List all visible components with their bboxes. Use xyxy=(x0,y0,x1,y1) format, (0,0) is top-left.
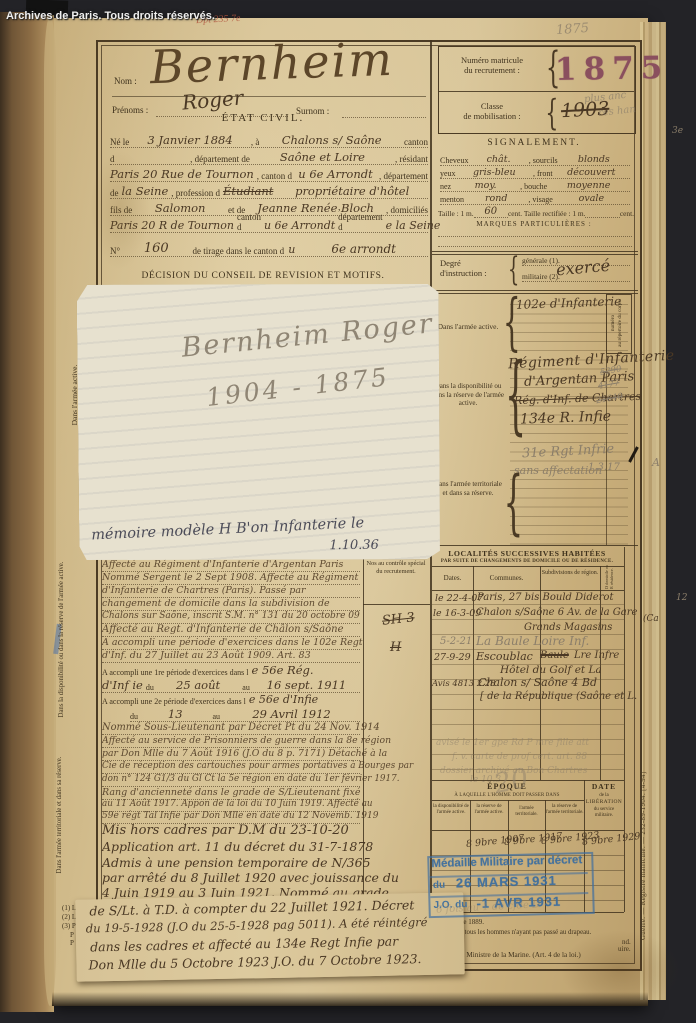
rule xyxy=(363,604,430,605)
localites-r4-commune-2: Hôtel du Golf et La xyxy=(500,664,602,676)
side-label-disponibilite: Dans la disponibilité ou dans la réserve… xyxy=(57,557,66,722)
bouche-label: , bouche xyxy=(520,182,547,191)
service-line: don n° 124 G1/3 du Gl Ct la 5e région en… xyxy=(102,774,360,787)
stamp-date-1: 26 MARS 1931 xyxy=(456,873,557,891)
slip-line: Don Mlle du 5 Octobre 1923 J.O. du 7 Oct… xyxy=(88,951,421,972)
page-bottom-shadow xyxy=(52,992,648,1006)
paper-stain xyxy=(90,150,150,270)
armee-active-label: Dans l'armée active. xyxy=(434,322,502,331)
dispo-entry-6-date: 1.3.17 xyxy=(588,462,620,473)
localites-r4-after: Lre Infre xyxy=(574,650,619,661)
localites-col-dr: D domicile ouR résidence. xyxy=(604,549,614,589)
nom-label: Nom : xyxy=(114,76,137,86)
rule xyxy=(432,566,624,567)
numero-matricule-label: Numéro matriculedu recrutement : xyxy=(441,55,543,75)
epoque-col-1: la disponibilité de l'armée active. xyxy=(432,804,470,817)
ec-text: Né le xyxy=(110,137,129,147)
visage-label: , visage xyxy=(528,195,552,204)
parents-departement: e la Seine xyxy=(386,219,441,232)
service-line-large: Application art. 11 du décret du 31-7-18… xyxy=(102,839,360,854)
decision-title: DÉCISION DU CONSEIL DE REVISION ET MOTIF… xyxy=(96,271,430,281)
ec-text: , résidant xyxy=(395,154,428,164)
footnote-3: (3) P xyxy=(62,922,76,930)
yeux-label: yeux xyxy=(440,169,456,178)
profession-struck: Étudiant xyxy=(223,184,273,198)
localites-r4-commune: Escoublac xyxy=(476,650,533,663)
ec-text: , profession d xyxy=(171,188,220,198)
taille-value: 60 xyxy=(474,206,508,218)
brace-glyph: { xyxy=(545,92,558,134)
periode-1-printed: A accompli une 1re période d'exercices d… xyxy=(102,668,249,677)
periode-2-row-2: du 13 au 29 Avril 1912 xyxy=(130,707,360,722)
localites-r3-date: 5-2-21 xyxy=(440,636,472,647)
degre-label: Degréd'instruction : xyxy=(440,258,487,278)
localites-r2-overflow: (Ca xyxy=(643,614,659,624)
etat-civil-title: ÉTAT CIVIL. xyxy=(96,112,430,124)
signalement-title: SIGNALEMENT. xyxy=(430,138,638,148)
residence-canton: u 6e Arrondt xyxy=(295,167,376,181)
du-label: du xyxy=(130,712,138,721)
rule xyxy=(112,96,426,97)
parents-canton: u 6e Arrondt xyxy=(264,219,335,232)
service-line: Affecté au Regt. d'Infanterie de Châlon … xyxy=(102,624,360,637)
ec-text: , canton d xyxy=(257,171,292,181)
ec-text: canton xyxy=(404,137,428,147)
localites-pencil-1: avisé le 1er gpe Rd P mre fille att xyxy=(436,738,589,748)
footnote-3b: P xyxy=(70,931,74,939)
note-bottom-line: mémoire modèle H B'on Infanterie le xyxy=(91,515,365,543)
localites-r3-commune: La Baule Loire Inf. xyxy=(476,634,589,648)
dispo-entry-4: 134e R. Infie xyxy=(520,408,612,427)
sourcils-label: , sourcils xyxy=(529,156,558,165)
ec-line-3: Paris 20 Rue de Tournon , canton d u 6e … xyxy=(110,164,428,182)
localites-r4-struck: Baule xyxy=(540,650,569,661)
profession: propriétaire d'hôtel xyxy=(276,184,428,198)
sourcils-value: blonds xyxy=(558,154,630,165)
rule xyxy=(438,228,632,237)
menton-label: menton xyxy=(440,195,464,204)
rule xyxy=(432,290,638,291)
periode-2-regiment: e 56e d'Infie xyxy=(249,693,318,706)
rule xyxy=(363,556,364,906)
yeux-value: gris-bleu xyxy=(456,167,533,178)
taille-label: Taille : 1 m. xyxy=(438,209,474,218)
ec-line-2: d , département de Saône et Loire , rési… xyxy=(110,147,428,165)
periode-1-to: 16 sept. 1911 xyxy=(253,678,360,692)
archives-watermark: Archives de Paris. Tous droits réservés. xyxy=(6,10,215,22)
periode-1-from: 25 août xyxy=(157,678,239,692)
service-line: d'Inf. du 27 Juillet au 23 Août 1909. Ar… xyxy=(102,650,360,663)
epoque-date-header: DATE de la LIBÉRATION du service militai… xyxy=(584,784,624,820)
taille-row: Taille : 1 m. 60 cent. Taille rectifiée … xyxy=(438,205,634,218)
stamp-du-label: du xyxy=(433,880,446,891)
matricule-number: 1875 xyxy=(555,50,670,88)
blank-field xyxy=(585,217,619,218)
menton-value: rond xyxy=(464,193,528,204)
footnote-1: (1) L xyxy=(62,904,76,912)
rule xyxy=(438,238,632,247)
service-line-large: par arrêté du 8 Juillet 1920 avec jouiss… xyxy=(102,870,360,885)
bouche-value: moyenne xyxy=(547,180,630,191)
taille-rectifiee-label: cent. Taille rectifiée : 1 m. xyxy=(508,209,586,218)
slip-line: du 19-5-1928 (J.O du 25-5-1928 pag 5011)… xyxy=(86,915,428,936)
epoque-col-4: la réserve de l'armée territoriale. xyxy=(545,804,584,817)
edge-pencil-number: 3e xyxy=(672,126,683,136)
service-line: changement de domicile dans la subdivisi… xyxy=(102,598,360,611)
localites-col-communes: Communes. xyxy=(473,574,540,582)
footnote-3c: P xyxy=(70,939,74,947)
ec-line-1: Né le 3 Janvier 1884 , à Chalons s/ Saôn… xyxy=(110,130,428,148)
brace-glyph: { xyxy=(504,462,524,543)
periode-1-regiment: e 56e Rég. xyxy=(252,663,314,677)
cent-label: cent. xyxy=(620,209,634,218)
du-label: du xyxy=(146,683,154,692)
birth-date: 3 Janvier 1884 xyxy=(132,133,248,147)
classe-mobilisation-label: Classede mobilisation : xyxy=(441,101,543,121)
localites-col-dates: Dates. xyxy=(432,574,473,582)
side-label-territoriale: Dans l'armée territoriale et dans sa rés… xyxy=(55,756,64,874)
rule xyxy=(432,545,638,546)
signalement-row-3: nez moy. , bouche moyenne xyxy=(440,178,630,192)
controle-entry-2: H xyxy=(390,640,401,655)
service-line: Affecté au service de Prisonniers de gue… xyxy=(102,735,360,748)
periode-1-row-2: d'Inf ie du 25 août au 16 sept. 1911 xyxy=(102,678,360,693)
epoque-col-3: l'armée territoriale. xyxy=(508,806,545,819)
service-line: A accompli une période d'exercices dans … xyxy=(102,637,360,650)
ec-text: , département d xyxy=(338,202,382,232)
rule xyxy=(432,251,638,252)
ec-text: , département de xyxy=(190,154,250,164)
localites-r2-date: le 16-3-09 xyxy=(433,608,481,619)
localites-r2-commune: Chalon s/Saône 6 Av. de la Gare xyxy=(476,607,637,618)
au-label: au xyxy=(242,683,250,692)
signalement-row-1: Cheveux chât. , sourcils blonds xyxy=(440,152,630,166)
ec-hand: u xyxy=(288,243,295,256)
service-line: par Don Mlle du 7 Août 1916 (J.O du 8 p.… xyxy=(102,748,360,761)
service-line-large: Admis à une pension temporaire de N/365 xyxy=(102,855,360,870)
nez-label: nez xyxy=(440,182,451,191)
right-margin-imprint: Guerre. — Registre matricule. — 232-89-1… xyxy=(640,740,647,940)
signalement-row-4: menton rond , visage ovale xyxy=(440,191,630,205)
localites-r1-commune: Paris, 27 bis Bould Diderot xyxy=(477,592,613,603)
service-line: d'Infanterie de Chartres (Paris). Passé … xyxy=(102,585,360,598)
territoriale-label: Dans l'armée territoriale et dans sa rés… xyxy=(432,480,504,497)
localites-r5-commune: Chalon s/ Saône 4 Bd xyxy=(478,676,597,689)
pasted-slip: de S/Lt. à T.D. à compter du 22 Juillet … xyxy=(75,892,465,981)
au-label: au xyxy=(212,712,220,721)
ec-text: de tirage dans le canton d xyxy=(192,246,284,256)
service-line: Nommé Sergent le 2 Sept 1908. Affecté au… xyxy=(102,572,360,585)
ec-text: canton d xyxy=(237,212,261,232)
birth-place: Chalons s/ Saône xyxy=(262,133,401,147)
localites-col-subdivisions: Subdivisions de région. xyxy=(540,570,600,578)
dispo-label: Dans la disponibilité ou dans la réserve… xyxy=(432,382,504,408)
corner-pencil-number: 1875 xyxy=(556,21,590,38)
front-label: , front xyxy=(533,169,553,178)
register-scan: Archives de Paris. Tous droits réservés.… xyxy=(0,0,696,1023)
front-value: découvert xyxy=(553,167,630,178)
signalement-row-2: yeux gris-bleu , front découvert xyxy=(440,165,630,179)
localites-r4-date: 27-9-29 xyxy=(434,652,471,663)
brace-glyph: { xyxy=(508,250,519,289)
service-line: Chalons sur Saône, inscrit S.M. n° 131 d… xyxy=(102,611,360,624)
controle-special-header: Nos au contrôle spécial du recrutement. xyxy=(365,560,427,576)
nez-value: moy. xyxy=(451,180,520,191)
marques-label: MARQUES PARTICULIÈRES : xyxy=(430,220,638,228)
visage-value: ovale xyxy=(553,193,630,204)
service-line: Affecté au Régiment d'Infanterie d'Argen… xyxy=(102,559,360,572)
edge-pencil-letter: A xyxy=(652,456,660,469)
ec-text: , département xyxy=(379,171,428,181)
note-bottom-date: 1.10.36 xyxy=(329,538,379,554)
slip-line: dans les cadres et affecté au 134e Regt … xyxy=(90,934,398,955)
periode-2-to: 29 Avril 1912 xyxy=(223,707,360,721)
matricule-box: Numéro matriculedu recrutement : { 1875 … xyxy=(438,46,636,134)
periode-2-from: 13 xyxy=(141,707,209,721)
periode-1-row-1: A accompli une 1re période d'exercices d… xyxy=(102,664,360,677)
ec-text: , à xyxy=(251,137,260,147)
periode-2-printed: A accompli une 2e période d'exercices da… xyxy=(102,697,246,706)
rule xyxy=(624,547,625,912)
service-line-large: Mis hors cadres par D.M du 23-10-20 xyxy=(102,823,360,838)
localites-title: LOCALITÉS SUCCESSIVES HABITÉES xyxy=(430,549,624,558)
localites-pencil-2: f. v. carte de prof cert. art. 88 xyxy=(452,752,587,762)
nom-value: Bernheim xyxy=(149,32,395,94)
ec-line-6: Paris 20 R de Tournon canton d u 6e Arro… xyxy=(110,215,428,233)
periode-2-row-1: A accompli une 2e période d'exercices da… xyxy=(102,693,360,706)
note-years: 1904 - 1875 xyxy=(205,362,392,412)
cheveux-label: Cheveux xyxy=(440,156,468,165)
localites-r2-commune-2: Grands Magasins xyxy=(524,622,612,633)
ec-text: , domiciliés xyxy=(386,205,428,215)
periode-1-arm: d'Inf ie xyxy=(102,678,143,692)
service-line: Nommé Sous-Lieutenant par Décret Pt du 2… xyxy=(102,722,360,735)
tirage-canton: 6e arrondt xyxy=(299,242,428,256)
localites-subtitle: PAR SUITE DE CHANGEMENTS DE DOMICILE OU … xyxy=(430,559,624,564)
birth-departement: Saône et Loire xyxy=(253,150,392,164)
ec-line-tirage: N° 160 de tirage dans le canton d u 6e a… xyxy=(110,238,428,257)
cheveux-value: chât. xyxy=(468,154,528,165)
pasted-note: Bernheim Roger 1904 - 1875 mémoire modèl… xyxy=(77,281,442,563)
service-line: Cie de réception des cartouches pour arm… xyxy=(102,761,360,774)
localites-r1-dr: 12 xyxy=(676,593,687,603)
epoque-col-2: la réserve de l'armée active. xyxy=(470,804,508,817)
ec-line-4: de la Seine , profession d Étudiant prop… xyxy=(110,181,428,199)
localites-r5-commune-2: [ de la République (Saône et L. xyxy=(480,691,637,702)
note-name: Bernheim Roger xyxy=(180,308,435,364)
